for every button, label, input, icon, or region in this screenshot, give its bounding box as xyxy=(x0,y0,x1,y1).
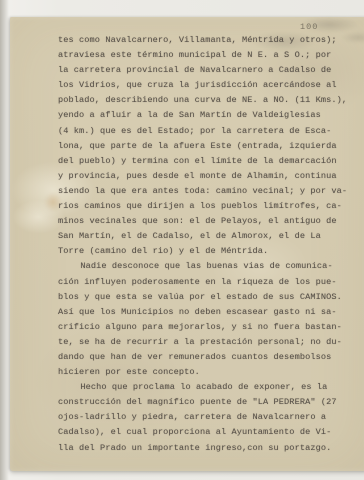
text-line: Torre (camino del rio) y el de Méntrida. xyxy=(58,244,350,259)
text-line: Así que los Municipios no deben escasear… xyxy=(58,305,350,320)
text-line: rios caminos que dirijen a los pueblos l… xyxy=(58,199,350,214)
text-line: del pueblo) y termina con el límite de l… xyxy=(58,154,350,169)
text-line: siendo la que era antes toda: camino vec… xyxy=(58,184,350,199)
text-line: hicieren por este concepto. xyxy=(58,365,350,380)
text-line: lona, que parte de la afuera Este (entra… xyxy=(58,139,350,154)
text-line: Cadalso), el cual proporciona al Ayuntam… xyxy=(58,425,350,440)
text-line: minos vecinales que son: el de Pelayos, … xyxy=(58,214,350,229)
text-line: San Martín, el de Cadalso, el de Almorox… xyxy=(58,229,350,244)
paragraph: Nadie desconoce que las buenas vias de c… xyxy=(58,259,350,380)
text-line: Nadie desconoce que las buenas vias de c… xyxy=(58,259,350,274)
page-number: 100 xyxy=(300,22,318,32)
text-line: Hecho que proclama lo acabado de exponer… xyxy=(58,380,350,395)
text-block: tes como Navalcarnero, Villamanta, Méntr… xyxy=(58,33,350,456)
text-line: la carretera provincial de Navalcarnero … xyxy=(58,63,350,78)
text-line: poblado, describiendo una curva de NE. a… xyxy=(58,93,350,108)
text-line: blos y que esta se valúa por el estado d… xyxy=(58,290,350,305)
text-line: (4 km.) que es del Estado; por la carret… xyxy=(58,124,350,139)
text-line: yendo a afluir a la de San Martín de Val… xyxy=(58,108,350,123)
text-line: dando que han de ver remunerados cuantos… xyxy=(58,350,350,365)
text-line: crificio alguno para mejorarlos, y si no… xyxy=(58,320,350,335)
paragraph: Hecho que proclama lo acabado de exponer… xyxy=(58,380,350,455)
paragraph: tes como Navalcarnero, Villamanta, Méntr… xyxy=(58,33,350,259)
text-line: los Vidrios, que cruza la jurisdicción a… xyxy=(58,78,350,93)
text-line: y provincia, pues desde el monte de Alha… xyxy=(58,169,350,184)
text-line: ción influyen poderosamente en la riquez… xyxy=(58,275,350,290)
text-line: atraviesa este término municipal de N E.… xyxy=(58,48,350,63)
scanned-page: 100 tes como Navalcarnero, Villamanta, M… xyxy=(10,17,364,471)
text-line: lla del Prado un importante ingreso,con … xyxy=(58,441,350,456)
text-line: ojos-ladrillo y piedra, carretera de Nav… xyxy=(58,410,350,425)
text-line: construcción del magnífico puente de "LA… xyxy=(58,395,350,410)
text-line: te, se ha de recurrir a la prestación pe… xyxy=(58,335,350,350)
text-line: tes como Navalcarnero, Villamanta, Méntr… xyxy=(58,33,350,48)
